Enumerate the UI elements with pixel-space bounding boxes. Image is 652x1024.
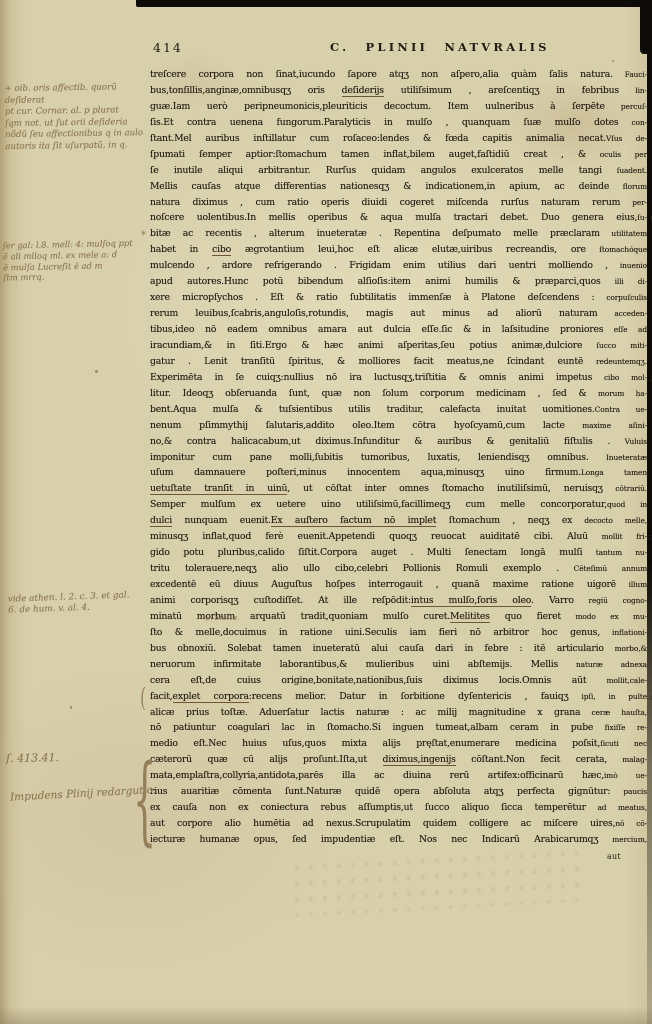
text-line: cæterorū quæ cū alijs proſunt.Iſta,ut di… [150, 752, 647, 768]
text-line: mulcendo , ardore refrigerando . Frigida… [150, 258, 647, 274]
text-line: alicæ prius toſtæ. Aduerſatur lactis nat… [150, 705, 647, 721]
text-line: facit,explet corpora:recens melior. Datu… [150, 689, 647, 705]
text-line: Mellis cauſas atque differentias natione… [150, 179, 647, 195]
margin-note-vide-athen: vide athen. l. 2. c. 3. et gal. 6. de hu… [8, 589, 159, 616]
text-line: nenum pſimmythij ſalutaris,addito oleo.I… [150, 418, 647, 434]
text-line: iecturæ humanæ opus, ſed impudentiæ eſt.… [150, 832, 647, 848]
text-line: ſis.Et contra uenena fungorum.Paralytici… [150, 115, 647, 131]
text-line: rerum leuibus,ſcabris,anguloſis,rotundis… [150, 306, 647, 322]
text-line: xere micropſychos . Eſt & ratio ſubtilit… [150, 290, 647, 306]
text-line: bus,tonſillis,anginæ,omnibusqʒ oris deſi… [150, 83, 647, 99]
text-line: habet in cibo ægrotantium leui,hoc eſt a… [150, 242, 647, 258]
text-line: Experimēta in ſe cuiqʒ:nullius nō ira lu… [150, 370, 647, 386]
foxing-speck [70, 706, 72, 709]
text-line: minusqʒ inflat,quod ferè euenit.Appetend… [150, 529, 647, 545]
text-line: nō patiuntur coagulari lac in ſtomacho.S… [150, 720, 647, 736]
text-line: excedentē eū diuus Auguſtus hoſpes inter… [150, 577, 647, 593]
text-line: bus obnoxiū. Solebat tamen inueteratū al… [150, 641, 647, 657]
text-line: medio eſt.Nec huius uſus,quos mixta alij… [150, 736, 647, 752]
text-line: animi corporisqʒ cuſtodiſſet. At ille re… [150, 593, 647, 609]
page-header: 414 C. PLINII NATVRALIS [0, 40, 652, 58]
text-line: mata,emplaſtra,collyria,antidota,parēs i… [150, 768, 647, 784]
folio-number: 414 [153, 40, 183, 55]
ink-paren-mark: ( [140, 683, 146, 713]
text-line: neruorum infirmitate laborantibus,& muli… [150, 657, 647, 673]
text-line: bitæ ac recentis , alterum inueteratæ . … [150, 226, 647, 242]
text-line: litur. Ideoqʒ obſeruanda ſunt, quæ non ſ… [150, 386, 647, 402]
foxing-speck [95, 370, 98, 373]
running-head: C. PLINII NATVRALIS [330, 40, 550, 54]
text-line: rius auaritiæ cōmenta ſunt.Naturæ quidē … [150, 784, 647, 800]
text-line: gido potu pluribus,calido ſiſtit.Corpora… [150, 545, 647, 561]
text-block: treſcere corpora non ſinat,iucundo ſapor… [150, 67, 647, 848]
text-line: bent.Aqua mulſa & tuſsientibus utilis tr… [150, 402, 647, 418]
scan-edge-right [647, 0, 652, 1024]
text-line: cera eſt,de cuius origine,bonitate,natio… [150, 673, 647, 689]
text-line: dulci nunquam euenit.Ex auſtero factum n… [150, 513, 647, 529]
text-line: Semper mulſum ex uetere uino utiliſsimū,… [150, 497, 647, 513]
text-line: ex cauſa non ex coniectura rebus aſſumpt… [150, 800, 647, 816]
text-line: no,& contra halicacabum,ut diximus.Infun… [150, 434, 647, 450]
ink-brace-mark: { [133, 752, 156, 848]
book-page: 414 C. PLINII NATVRALIS treſcere corpora… [0, 0, 652, 1024]
text-line: ſto & melle,docuimus in ratione uini.Sec… [150, 625, 647, 641]
text-line: aut corpore alio humētia ad nexus.Scrupu… [150, 816, 647, 832]
text-line: treſcere corpora non ſinat,iucundo ſapor… [150, 67, 647, 83]
text-line: imponitur cum pane molli,ſubitis tumorib… [150, 450, 647, 466]
text-line: uetuſtate tranſit in uinū, ut cōſtat int… [150, 481, 647, 497]
text-line: tibus,ideo nō eadem omnibus amara aut du… [150, 322, 647, 338]
catchword: aut [607, 852, 621, 861]
verso-show-through [289, 850, 581, 917]
text-line: tritu tolerauere,neqʒ alio ullo cibo,cel… [150, 561, 647, 577]
scan-edge-top [136, 0, 652, 7]
interlinear-note: p: 248:18. [206, 616, 240, 622]
margin-note-top: + oib. oris affectib. quorũ deſiderat pt… [5, 82, 148, 154]
text-line: ſe inutile aliqui arbitrantur. Rurſus qu… [150, 163, 647, 179]
text-line: ſpumati ſemper aptior:ſtomachum tamen in… [150, 147, 647, 163]
text-line: apud autores.Hunc potū bibendum alſioſis… [150, 274, 647, 290]
page-bottom-shade [0, 1006, 652, 1024]
text-line: ſtant.Mel auribus inſtillatur cum roſace… [150, 131, 647, 147]
text-line: noſcere uolentibus.In mellis operibus & … [150, 210, 647, 226]
ink-asterisk-mark: * [141, 230, 146, 241]
text-line: gatur . Lenit tranſitū ſpiritus, & molli… [150, 354, 647, 370]
text-line: uſum damnauere poſteri,minus innocentem … [150, 465, 647, 481]
text-line: iracundiam,& in ſiti.Ergo & hæc animi aſ… [150, 338, 647, 354]
margin-note-second: ſer gal: l.8. mell: 4: mulſoq ppt ē ali … [3, 238, 146, 284]
text-line: natura diximus , cum ratio operis diuidi… [150, 195, 647, 211]
margin-note-reference: ſ. 413.41. [6, 750, 126, 765]
foxing-speck [612, 60, 614, 62]
text-line: guæ.Iam uerò peripneumonicis,pleuriticis… [150, 99, 647, 115]
